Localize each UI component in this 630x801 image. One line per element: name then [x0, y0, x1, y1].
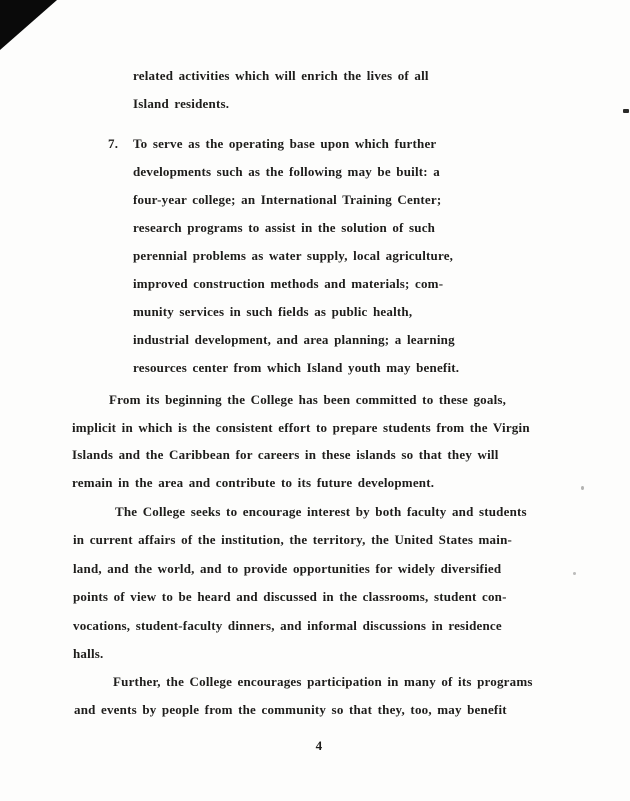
text-line: resources center from which Island youth…	[133, 354, 459, 382]
text-line: points of view to be heard and discussed…	[73, 583, 527, 611]
paragraph-goals: From its beginning the College has been …	[72, 386, 530, 496]
text-line: vocations, student-faculty dinners, and …	[73, 612, 527, 640]
text-line: four-year college; an International Trai…	[133, 186, 459, 214]
list-item-7-number: 7.	[108, 130, 118, 158]
text-line: remain in the area and contribute to its…	[72, 469, 530, 497]
text-line: halls.	[73, 640, 527, 668]
paragraph-interest: The College seeks to encourage interest …	[73, 498, 527, 668]
text-line: developments such as the following may b…	[133, 158, 459, 186]
text-line: land, and the world, and to provide oppo…	[73, 555, 527, 583]
paragraph-community: Further, the College encourages particip…	[74, 668, 533, 724]
text-line: related activities which will enrich the…	[133, 62, 429, 90]
text-line: improved construction methods and materi…	[133, 270, 459, 298]
text-line: From its beginning the College has been …	[109, 386, 530, 414]
text-line: munity services in such fields as public…	[133, 298, 459, 326]
scan-speck	[573, 572, 576, 575]
document-page: related activities which will enrich the…	[0, 0, 630, 801]
text-line: Islands and the Caribbean for careers in…	[72, 441, 530, 469]
text-line: implicit in which is the consistent effo…	[72, 414, 530, 442]
text-line: in current affairs of the institution, t…	[73, 526, 527, 554]
text-line: perennial problems as water supply, loca…	[133, 242, 459, 270]
page-number: 4	[311, 732, 327, 760]
scan-speck	[581, 486, 584, 490]
list-item-7-body: To serve as the operating base upon whic…	[133, 130, 459, 382]
text-line: The College seeks to encourage interest …	[115, 498, 527, 526]
scan-corner-artifact	[0, 0, 57, 50]
text-line: and events by people from the community …	[74, 696, 533, 724]
text-line: Further, the College encourages particip…	[113, 668, 533, 696]
list-item-6-continuation: related activities which will enrich the…	[133, 62, 429, 118]
scan-edge-mark	[623, 109, 629, 113]
text-line: To serve as the operating base upon whic…	[133, 130, 459, 158]
text-line: research programs to assist in the solut…	[133, 214, 459, 242]
text-line: Island residents.	[133, 90, 429, 118]
text-line: industrial development, and area plannin…	[133, 326, 459, 354]
